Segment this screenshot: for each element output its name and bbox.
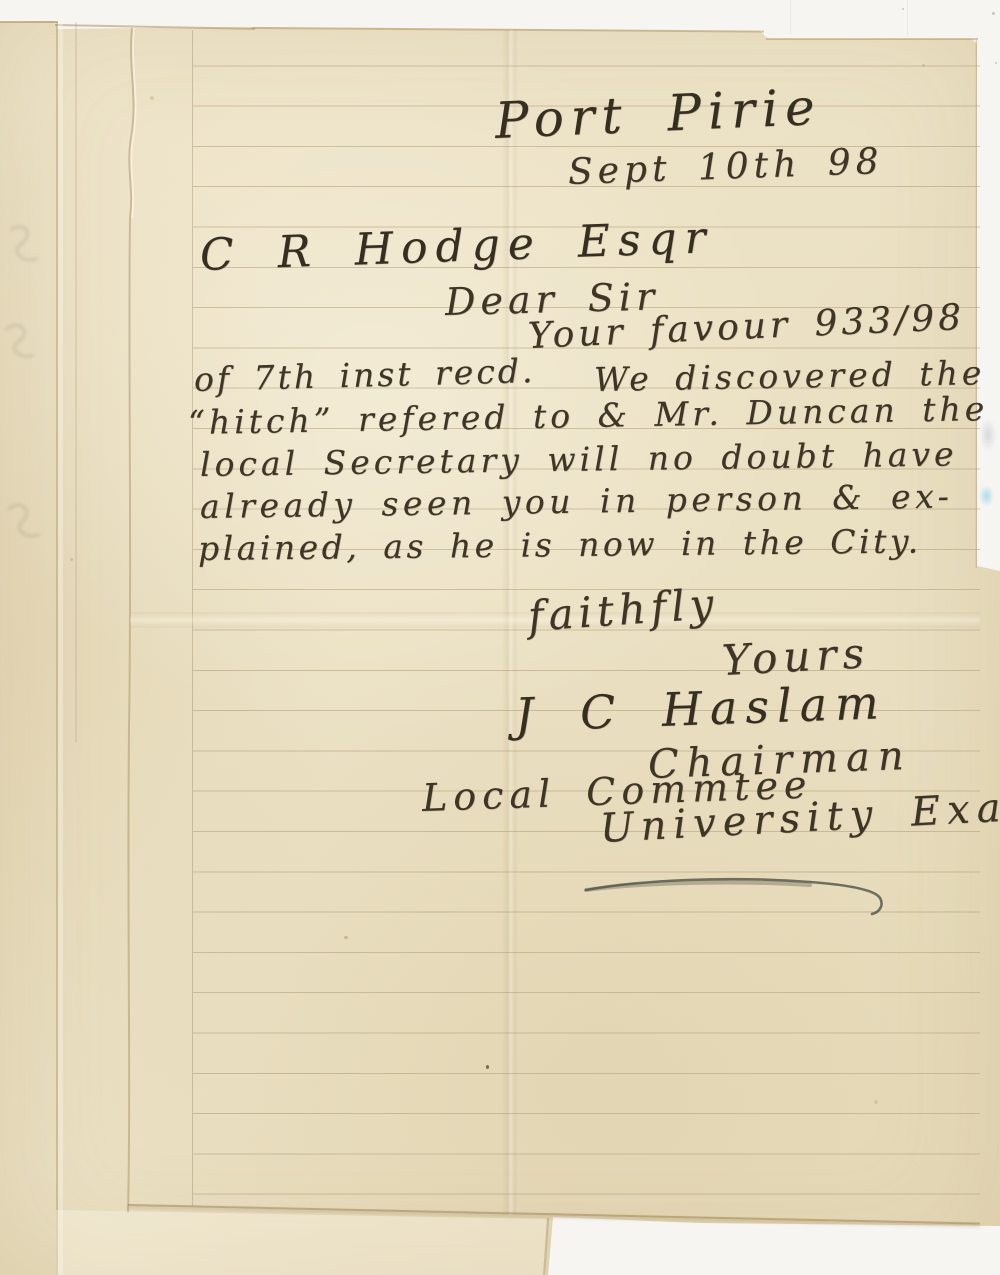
ink-showthrough [0,210,80,550]
body-line-6: plained, as he is now in the City. [198,521,922,568]
paper-edge-top [0,21,58,23]
scanned-letter-canvas: Port Pirie Sept 10th 98 C R Hodge Esqr D… [0,0,1000,1275]
foxing-speck [486,1065,489,1069]
foxing-speck [874,1100,878,1104]
signature-flourish [580,868,900,923]
foxing-speck [922,64,925,67]
dust-speck [992,12,995,15]
dust-speck [902,8,904,10]
dust-speck [995,62,997,64]
foxing-speck [344,936,348,939]
foxing-speck [150,96,154,100]
cyan-smudge [979,485,994,507]
backing-sheet-bottom [56,1210,548,1275]
foxing-speck [70,558,73,561]
